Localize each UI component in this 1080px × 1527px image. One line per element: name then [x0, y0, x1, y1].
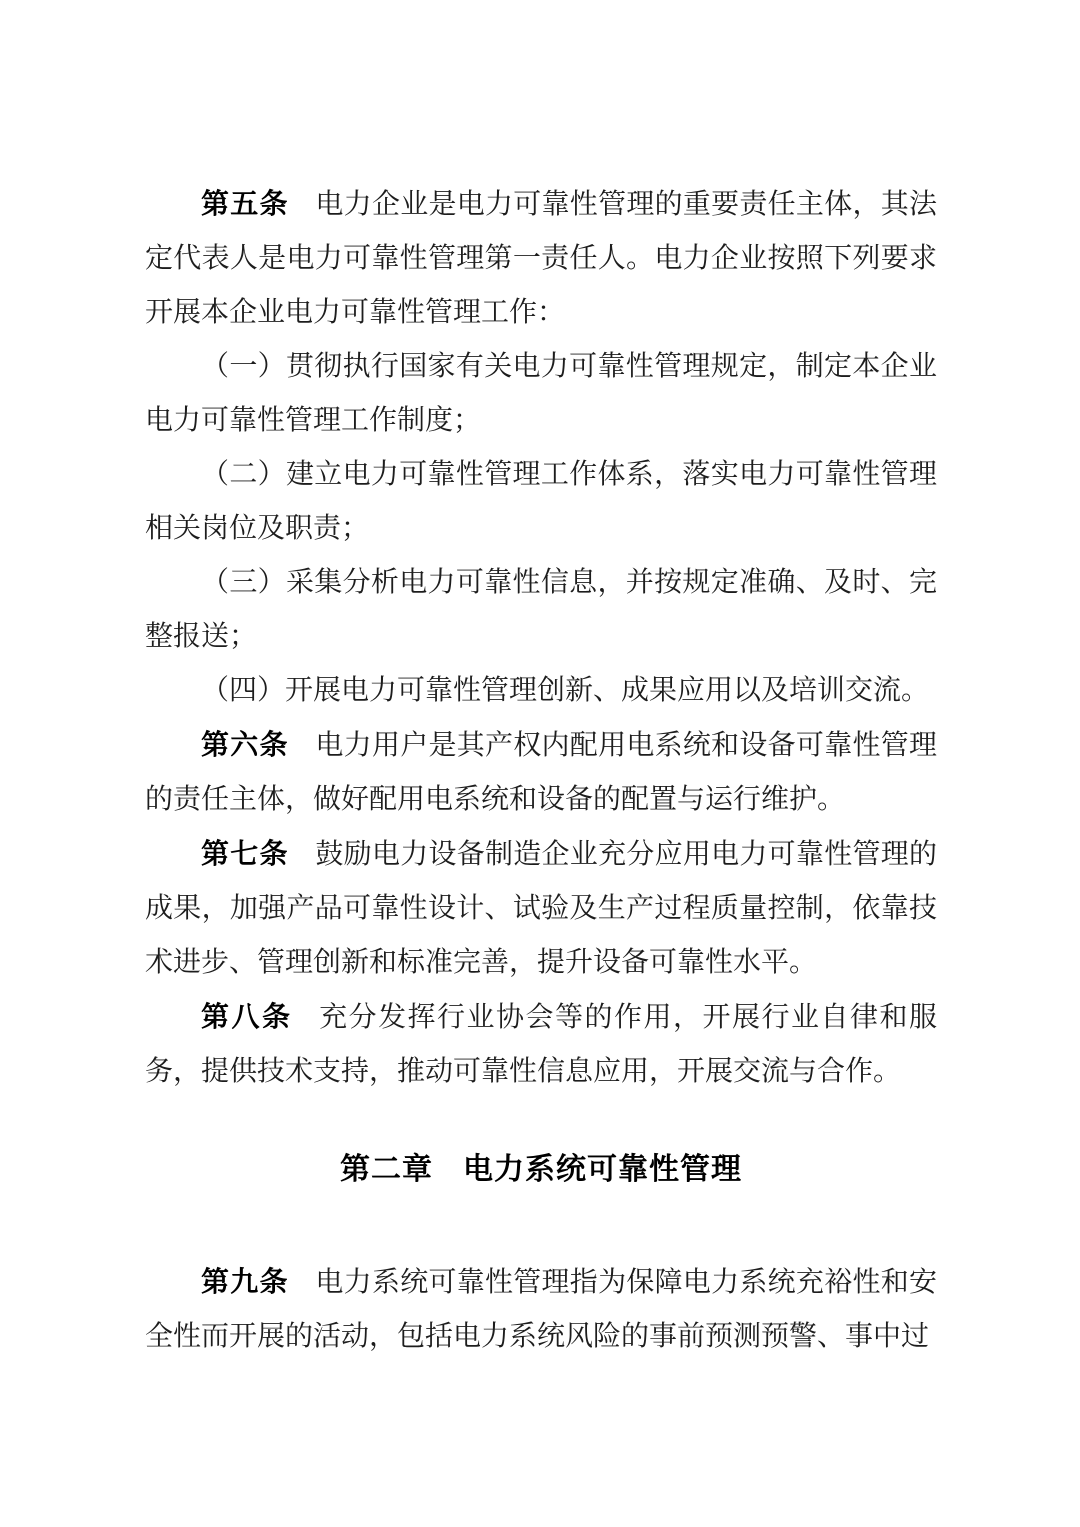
item-2-text: （二）建立电力可靠性管理工作体系，落实电力可靠性管理相关岗位及职责；: [145, 459, 937, 544]
paragraph-article-5: 第五条电力企业是电力可靠性管理的重要责任主体，其法定代表人是电力可靠性管理第一责…: [145, 177, 937, 340]
document-content: 第五条电力企业是电力可靠性管理的重要责任主体，其法定代表人是电力可靠性管理第一责…: [145, 177, 937, 1364]
document-page: 第五条电力企业是电力可靠性管理的重要责任主体，其法定代表人是电力可靠性管理第一责…: [0, 0, 1080, 1527]
paragraph-item-1: （一）贯彻执行国家有关电力可靠性管理规定，制定本企业电力可靠性管理工作制度；: [145, 340, 937, 448]
paragraph-item-3: （三）采集分析电力可靠性信息，并按规定准确、及时、完整报送；: [145, 556, 937, 664]
paragraph-item-2: （二）建立电力可靠性管理工作体系，落实电力可靠性管理相关岗位及职责；: [145, 448, 937, 556]
article-8-number: 第八条: [201, 1001, 292, 1032]
article-5-number: 第五条: [201, 188, 289, 219]
paragraph-article-6: 第六条电力用户是其产权内配用电系统和设备可靠性管理的责任主体，做好配用电系统和设…: [145, 718, 937, 827]
chapter-2-number: 第二章: [340, 1153, 433, 1186]
article-9-number: 第九条: [201, 1266, 289, 1297]
chapter-2-heading: 第二章电力系统可靠性管理: [145, 1143, 937, 1197]
article-6-number: 第六条: [201, 729, 289, 760]
paragraph-article-7: 第七条鼓励电力设备制造企业充分应用电力可靠性管理的成果，加强产品可靠性设计、试验…: [145, 827, 937, 990]
item-3-text: （三）采集分析电力可靠性信息，并按规定准确、及时、完整报送；: [145, 567, 937, 652]
paragraph-article-8: 第八条充分发挥行业协会等的作用，开展行业自律和服务，提供技术支持，推动可靠性信息…: [145, 990, 937, 1099]
paragraph-article-9: 第九条电力系统可靠性管理指为保障电力系统充裕性和安全性而开展的活动，包括电力系统…: [145, 1255, 937, 1364]
article-7-number: 第七条: [201, 838, 289, 869]
item-1-text: （一）贯彻执行国家有关电力可靠性管理规定，制定本企业电力可靠性管理工作制度；: [145, 351, 937, 436]
paragraph-item-4: （四）开展电力可靠性管理创新、成果应用以及培训交流。: [145, 664, 937, 718]
item-4-text: （四）开展电力可靠性管理创新、成果应用以及培训交流。: [201, 675, 929, 706]
chapter-2-title: 电力系统可靠性管理: [463, 1153, 742, 1186]
